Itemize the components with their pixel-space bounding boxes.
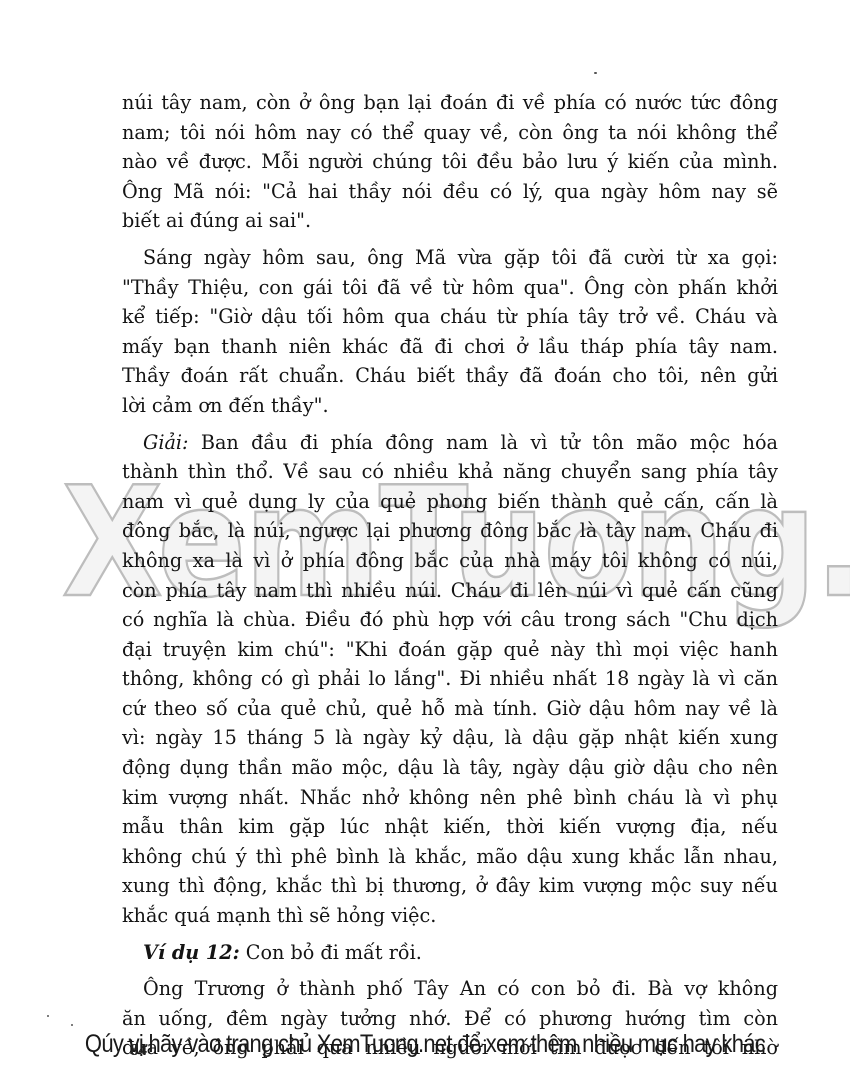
paragraph-3: Giải: Ban đầu đi phía đông nam là vì tử … [122,428,778,931]
text-line: Thầy đoán rất chuẩn. Cháu biết thầy đã đ… [122,361,778,391]
text-line: mấy bạn thanh niên khác đã đi chơi ở lầu… [122,332,778,362]
text-line: kim vượng nhất. Nhắc nhở không nên phê b… [122,783,778,813]
text-line: Giải: Ban đầu đi phía đông nam là vì tử … [122,428,778,458]
text-line: nam; tôi nói hôm nay có thể quay về, còn… [122,118,778,148]
text-line: có nghĩa là chùa. Điều đó phù hợp với câ… [122,605,778,635]
book-page: XemTuong.net núi tây nam, còn ở ông bạn … [0,0,850,1076]
text-line: lời cảm ơn đến thầy". [122,391,778,421]
text-line: biết ai đúng ai sai". [122,206,778,236]
text-line: ăn uống, đêm ngày tưởng nhớ. Để có phươn… [122,1004,778,1034]
text-line: Sáng ngày hôm sau, ông Mã vừa gặp tôi đã… [122,243,778,273]
text-line: núi tây nam, còn ở ông bạn lại đoán đi v… [122,88,778,118]
scan-speck [47,1015,49,1017]
text-line: nào về được. Mỗi người chúng tôi đều bảo… [122,147,778,177]
text-line: cứ theo số của quẻ chủ, quẻ hỗ mà tính. … [122,694,778,724]
text-line: Ông Trương ở thành phố Tây An có con bỏ … [122,974,778,1004]
text-line: đông bắc, là núi, ngược lại phương đông … [122,516,778,546]
example-heading: Ví dụ 12: Con bỏ đi mất rồi. [122,938,778,968]
text-fragment: Ban đầu đi phía đông nam là vì tử tôn mã… [189,431,778,454]
text-line: không chú ý thì phê bình là khắc, mão dậ… [122,842,778,872]
text-line: Ông Mã nói: "Cả hai thầy nói đều có lý, … [122,177,778,207]
example-label: Ví dụ 12: [143,941,240,964]
text-line: không xa là vì ở phía đông bắc của nhà m… [122,546,778,576]
text-line: còn phía tây nam thì nhiều núi. Cháu đi … [122,576,778,606]
text-line: mẫu thân kim gặp lúc nhật kiến, thời kiế… [122,812,778,842]
page-number: 84 [130,1040,147,1060]
text-line: thông, không có gì phải lo lắng". Đi nhi… [122,664,778,694]
solution-label: Giải: [143,431,189,454]
text-line: động dụng thần mão mộc, dậu là tây, ngày… [122,753,778,783]
paragraph-1: núi tây nam, còn ở ông bạn lại đoán đi v… [122,88,778,236]
text-line: đại truyện kim chú": "Khi đoán gặp quẻ n… [122,635,778,665]
text-line: nam vì quẻ dụng ly của quẻ phong biến th… [122,487,778,517]
site-footer-banner: Qúy vị hãy vào trang chủ XemTuong.net để… [51,1030,799,1059]
body-text: núi tây nam, còn ở ông bạn lại đoán đi v… [122,88,778,1063]
text-line: thành thìn thổ. Về sau có nhiều khả năng… [122,457,778,487]
text-line: Ví dụ 12: Con bỏ đi mất rồi. [122,938,778,968]
paragraph-2: Sáng ngày hôm sau, ông Mã vừa gặp tôi đã… [122,243,778,421]
scan-speck [71,1024,73,1026]
text-line: "Thầy Thiệu, con gái tôi đã về từ hôm qu… [122,273,778,303]
scan-speck [594,72,597,74]
example-title: Con bỏ đi mất rồi. [240,941,422,964]
text-line: vì: ngày 15 tháng 5 là ngày kỷ dậu, là d… [122,723,778,753]
text-line: khắc quá mạnh thì sẽ hỏng việc. [122,901,778,931]
text-line: kể tiếp: "Giờ dậu tối hôm qua cháu từ ph… [122,302,778,332]
text-line: xung thì động, khắc thì bị thương, ở đây… [122,871,778,901]
